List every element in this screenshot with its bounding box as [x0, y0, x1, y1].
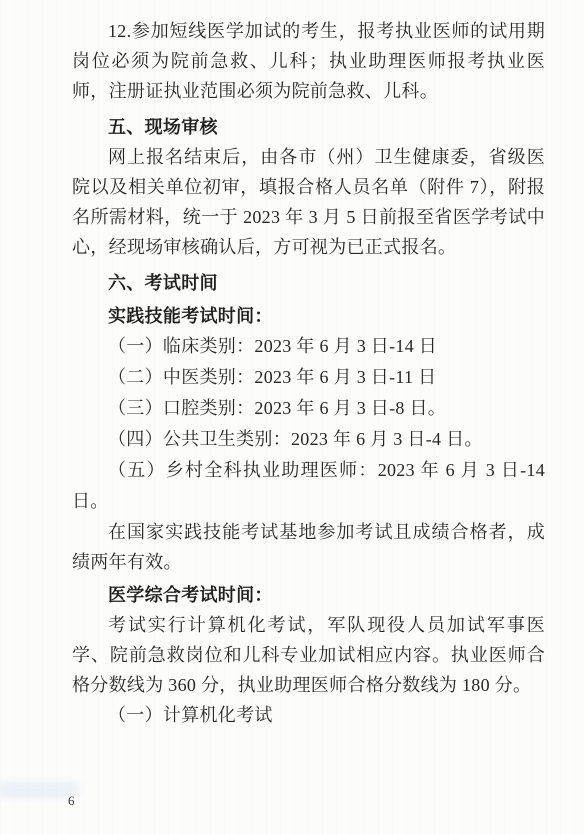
paragraph-rule-12: 12.参加短线医学加试的考生，报考执业医师的试用期岗位必须为院前急救、儿科；执业… [72, 16, 545, 106]
item-5-rural-assistant-physician: （五）乡村全科执业助理医师：2023 年 6 月 3 日-14 日。 [72, 455, 545, 517]
item-3-stomatology-category: （三）口腔类别：2023 年 6 月 3 日-8 日。 [72, 393, 545, 424]
subheading-comprehensive-exam-time: 医学综合考试时间： [72, 580, 545, 610]
paragraph-score-validity: 在国家实践技能考试基地参加考试且成绩合格者，成绩两年有效。 [72, 517, 545, 577]
subheading-practical-skills-exam-time: 实践技能考试时间： [72, 301, 545, 331]
page-number: 6 [68, 793, 75, 809]
item-4-public-health-category: （四）公共卫生类别：2023 年 6 月 3 日-4 日。 [72, 424, 545, 455]
scan-artifact [0, 782, 78, 798]
paragraph-onsite-review-details: 网上报名结束后，由各市（州）卫生健康委，省级医院以及相关单位初审，填报合格人员名… [72, 142, 545, 262]
item-1-computerized-exam: （一）计算机化考试 [72, 700, 545, 731]
document-page: 12.参加短线医学加试的考生，报考执业医师的试用期岗位必须为院前急救、儿科；执业… [0, 0, 584, 835]
section-heading-5-onsite-review: 五、现场审核 [72, 112, 545, 142]
section-heading-6-exam-time: 六、考试时间 [72, 268, 545, 298]
paragraph-computerized-exam-details: 考试实行计算机化考试，军队现役人员加试军事医学、院前急救岗位和儿科专业加试相应内… [72, 610, 545, 700]
item-1-clinical-category: （一）临床类别：2023 年 6 月 3 日-14 日 [72, 331, 545, 362]
item-2-tcm-category: （二）中医类别：2023 年 6 月 3 日-11 日 [72, 362, 545, 393]
document-body: 12.参加短线医学加试的考生，报考执业医师的试用期岗位必须为院前急救、儿科；执业… [72, 16, 545, 731]
